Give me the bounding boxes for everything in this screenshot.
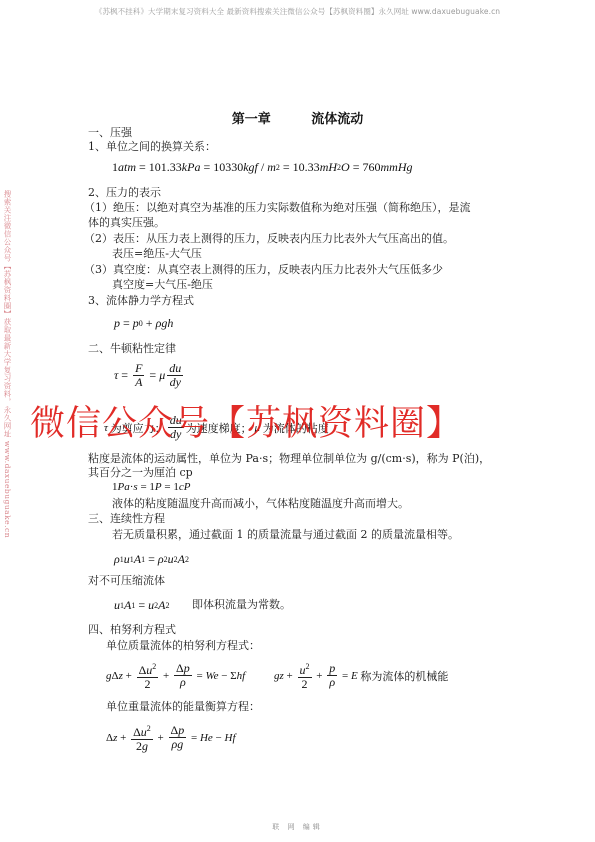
equation-text: 真空度=大气压-绝压 (112, 278, 213, 292)
paragraph: 对不可压缩流体 (88, 574, 165, 588)
paragraph: 粘度是流体的运动属性，单位为 Pa·s；物理单位制单位为 g/(cm·s)，称为… (88, 452, 490, 466)
page-title: 第一章 流体流动 (0, 108, 595, 127)
subheading: 3、流体静力学方程式 (88, 294, 194, 308)
section-heading: 一、压强 (88, 126, 132, 140)
formula-viscosity-units: 1Pa·s = 1P = 1cP (112, 481, 190, 493)
paragraph: 其百分之一为厘泊 cp (88, 466, 193, 480)
paragraph: （2）表压：从压力表上测得的压力，反映表内压力比表外大气压高出的值。 (84, 232, 454, 246)
paragraph: 单位质量流体的柏努利方程式： (106, 639, 260, 653)
subheading: 2、压力的表示 (88, 186, 161, 200)
formula-mechanical-energy: gz + u22 + pρ = E 称为流体的机械能 (274, 660, 448, 691)
section-heading: 四、柏努利方程式 (88, 623, 176, 637)
side-watermark: 搜索关注微信公众号【苏枫资料圈】获取最新大学复习资料，永久网址 www.daxu… (3, 190, 13, 538)
formula-bernoulli-mass: gΔz + Δu22 + Δpρ = We − Σhf (106, 660, 245, 691)
formula-newton-viscosity: τ = FA = μdudy (114, 362, 185, 389)
subheading: 1、单位之间的换算关系： (88, 140, 216, 154)
page-footer: 联 网 编辑 (0, 822, 595, 832)
header-banner: 《苏枫不挂科》大学期末复习资料大全 最新资料搜索关注微信公众号【苏枫资料圈】永久… (0, 6, 595, 17)
chapter-number: 第一章 (232, 112, 271, 127)
formula-incompressible: u1A1 = u2A2 (114, 598, 169, 613)
paragraph: （1）绝压：以绝对真空为基准的压力实际数值称为绝对压强（简称绝压），是流 (84, 201, 471, 215)
formula-note: 称为流体的机械能 (360, 668, 448, 684)
chapter-name: 流体流动 (311, 112, 363, 127)
equation-text: 表压=绝压-大气压 (112, 247, 202, 261)
paragraph: 单位重量流体的能量衡算方程： (106, 700, 260, 714)
paragraph: 即体积流量为常数。 (192, 598, 291, 612)
formula-energy-balance-weight: Δz + Δu22g + Δpρg = He − Hf (106, 722, 236, 753)
paragraph: 若无质量积累，通过截面 1 的质量流量与通过截面 2 的质量流量相等。 (112, 528, 459, 542)
section-heading: 二、牛顿粘性定律 (88, 342, 176, 356)
overlay-watermark: 微信公众号【苏枫资料圈】 (30, 396, 462, 446)
paragraph: 体的真实压强。 (88, 216, 165, 230)
paragraph: （3）真空度：从真空表上测得的压力，反映表内压力比表外大气压低多少 (84, 263, 443, 277)
formula-unit-conversion: 1atm = 101.33kPa = 10330kgf / m2 = 10.33… (112, 160, 412, 175)
paragraph: 液体的粘度随温度升高而减小，气体粘度随温度升高而增大。 (112, 497, 409, 511)
formula-continuity: ρ1u1A1 = ρ2u2A2 (114, 552, 189, 567)
section-heading: 三、连续性方程 (88, 512, 165, 526)
formula-hydrostatic: p = p0 + ρgh (114, 316, 173, 331)
